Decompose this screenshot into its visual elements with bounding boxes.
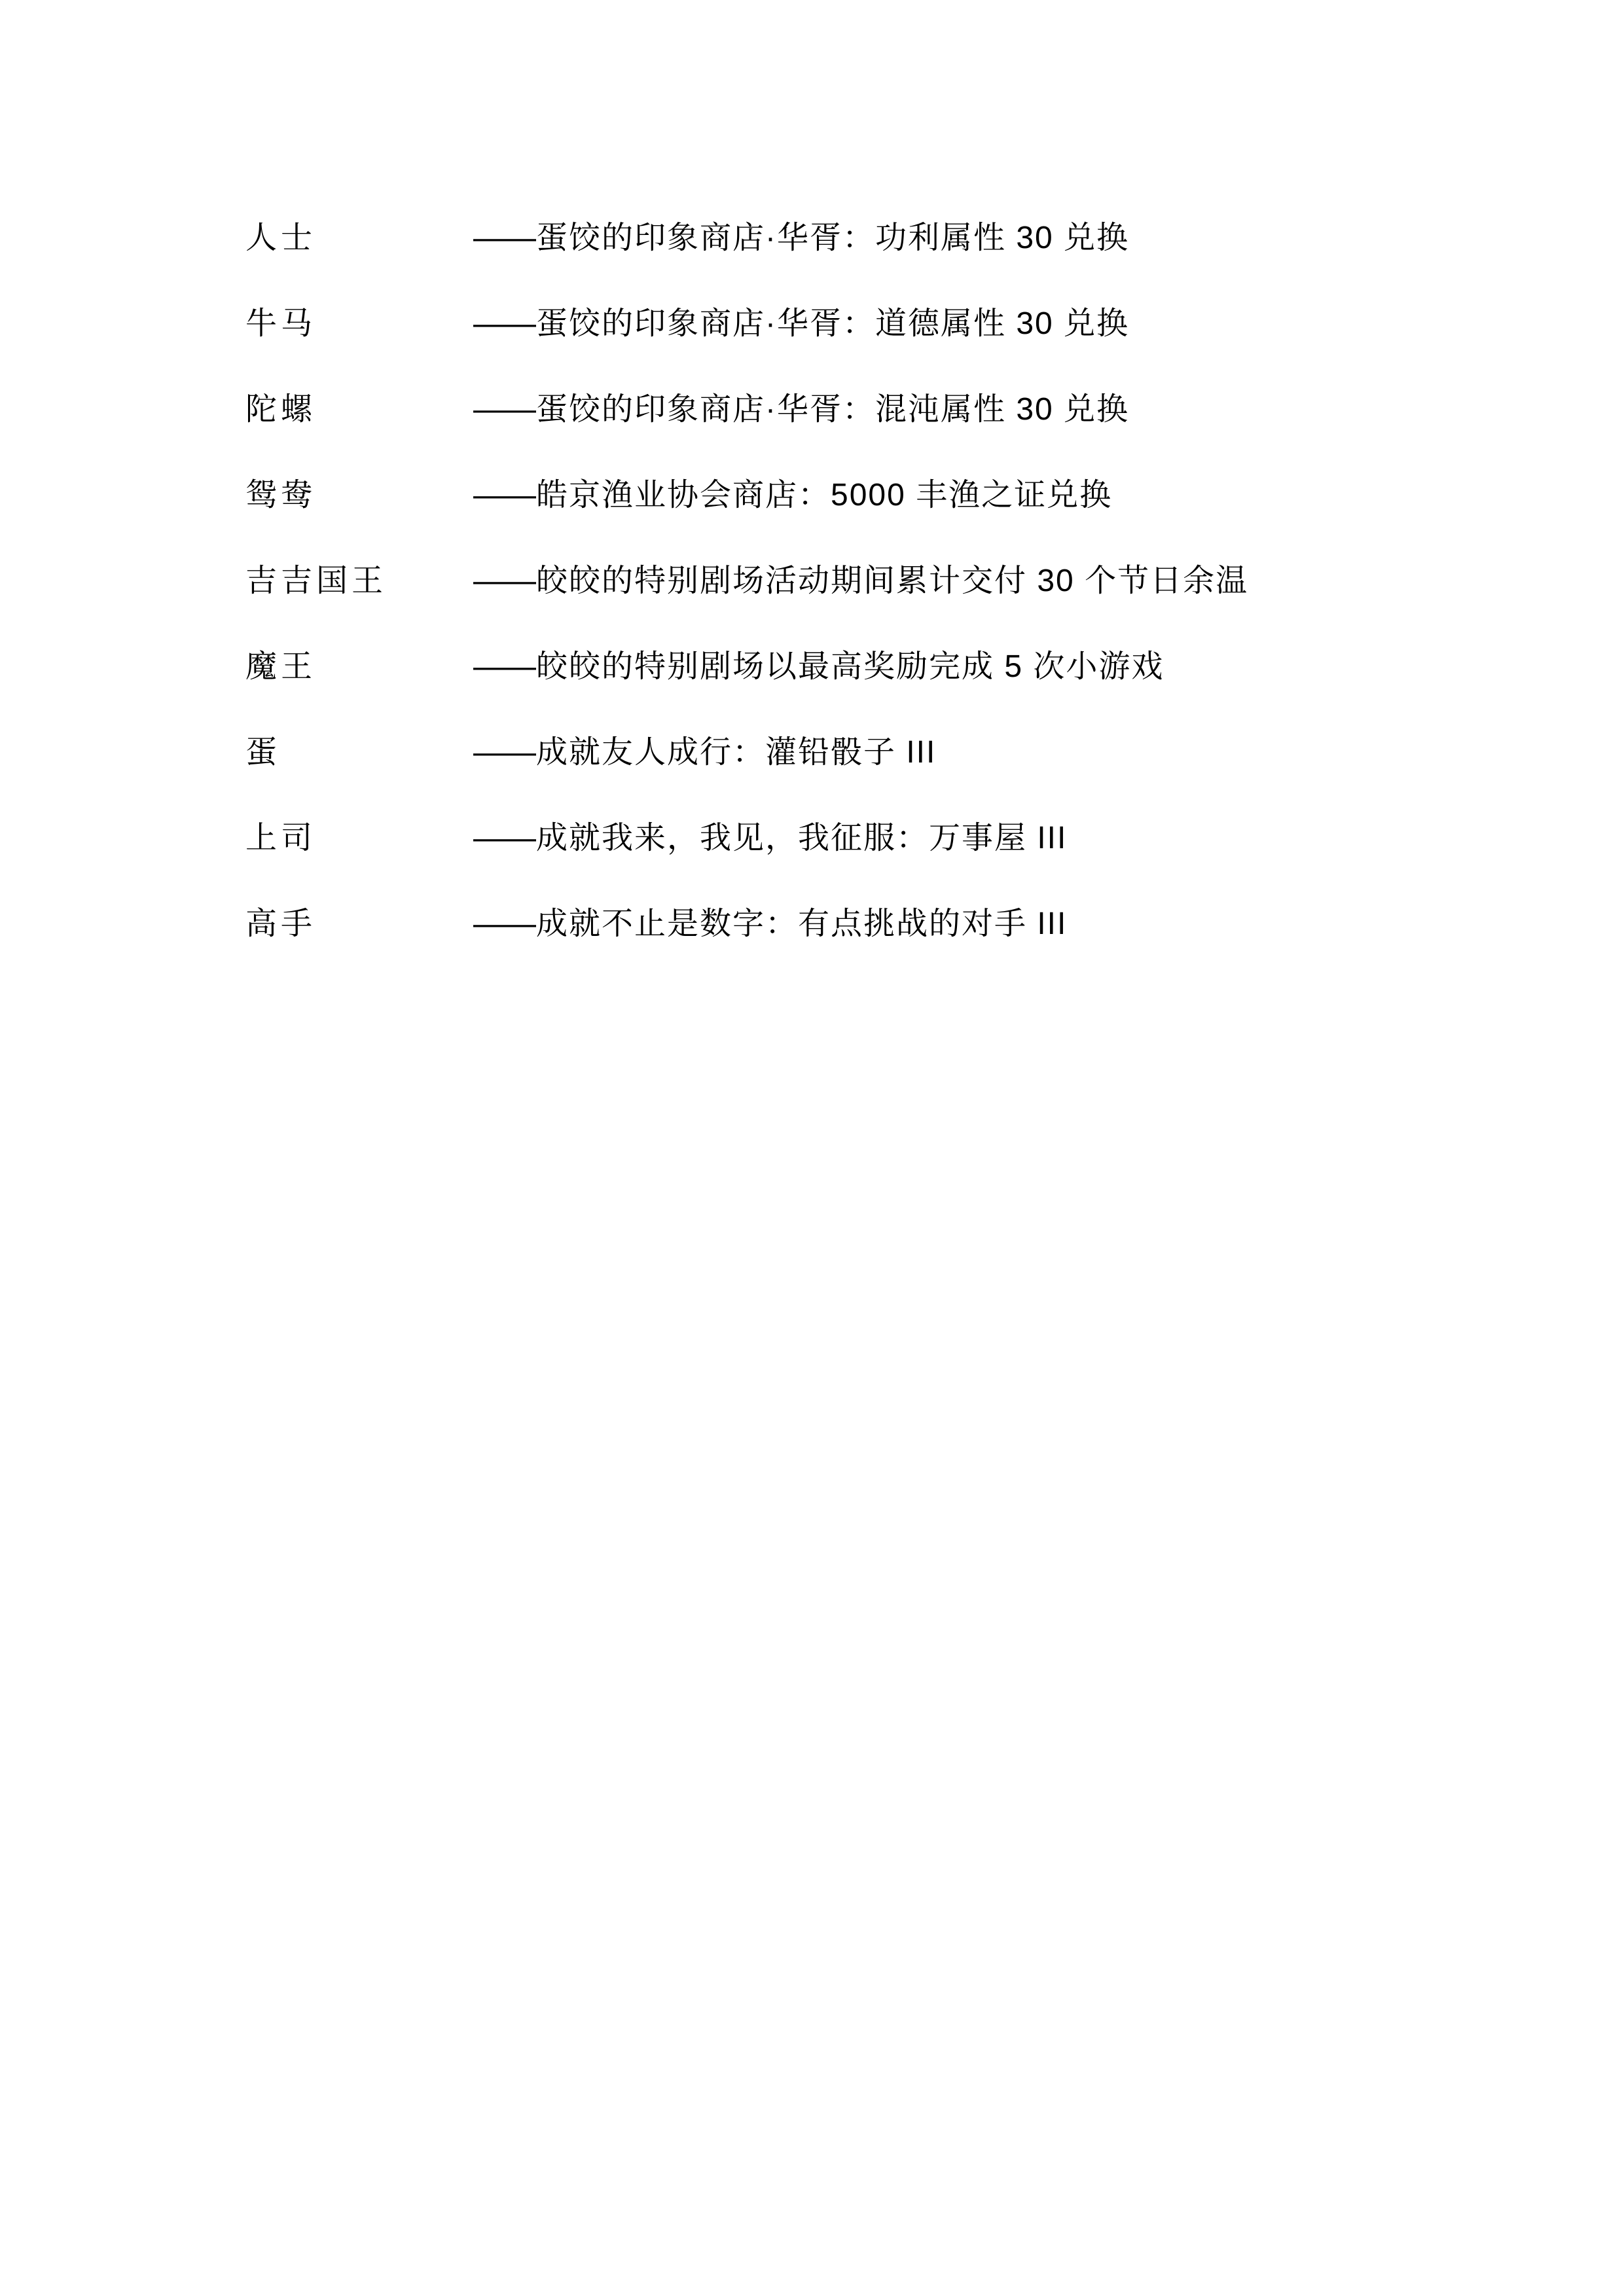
glossary-term: 人士 (245, 219, 473, 257)
definition-text: 皓京渔业协会商店：5000 丰渔之证兑换 (536, 478, 1112, 512)
dash-prefix: —— (473, 735, 536, 770)
glossary-list: 人士 ——蛋饺的印象商店·华胥：功利属性 30 兑换 牛马 ——蛋饺的印象商店·… (245, 195, 1624, 967)
glossary-row: 魔王 ——皎皎的特别剧场以最高奖励完成 5 次小游戏 (245, 624, 1624, 709)
glossary-row: 陀螺 ——蛋饺的印象商店·华胥：混沌属性 30 兑换 (245, 367, 1624, 452)
definition-text: 蛋饺的印象商店·华胥：混沌属性 30 兑换 (536, 392, 1129, 427)
glossary-definition: ——蛋饺的印象商店·华胥：功利属性 30 兑换 (473, 219, 1129, 257)
dash-prefix: —— (473, 392, 536, 427)
document-page: 人士 ——蛋饺的印象商店·华胥：功利属性 30 兑换 牛马 ——蛋饺的印象商店·… (0, 0, 1624, 2296)
glossary-definition: ——皎皎的特别剧场活动期间累计交付 30 个节日余温 (473, 562, 1248, 600)
glossary-definition: ——成就我来，我见，我征服：万事屋 III (473, 819, 1067, 857)
glossary-term: 鸳鸯 (245, 476, 473, 514)
glossary-row: 上司 ——成就我来，我见，我征服：万事屋 III (245, 795, 1624, 881)
glossary-term: 魔王 (245, 648, 473, 686)
glossary-row: 鸳鸯 ——皓京渔业协会商店：5000 丰渔之证兑换 (245, 452, 1624, 538)
dash-prefix: —— (473, 906, 536, 941)
glossary-term: 上司 (245, 819, 473, 857)
definition-text: 蛋饺的印象商店·华胥：道德属性 30 兑换 (536, 306, 1129, 341)
glossary-row: 吉吉国王 ——皎皎的特别剧场活动期间累计交付 30 个节日余温 (245, 538, 1624, 624)
glossary-term: 高手 (245, 905, 473, 943)
glossary-definition: ——成就不止是数字：有点挑战的对手 III (473, 905, 1067, 943)
dash-prefix: —— (473, 306, 536, 341)
definition-text: 皎皎的特别剧场以最高奖励完成 5 次小游戏 (536, 649, 1164, 684)
glossary-definition: ——蛋饺的印象商店·华胥：混沌属性 30 兑换 (473, 391, 1129, 429)
definition-text: 皎皎的特别剧场活动期间累计交付 30 个节日余温 (536, 564, 1248, 598)
glossary-term: 陀螺 (245, 391, 473, 429)
glossary-definition: ——皓京渔业协会商店：5000 丰渔之证兑换 (473, 476, 1112, 514)
dash-prefix: —— (473, 221, 536, 255)
dash-prefix: —— (473, 478, 536, 512)
definition-text: 成就友人成行：灌铅骰子 III (536, 735, 936, 770)
glossary-definition: ——成就友人成行：灌铅骰子 III (473, 734, 936, 772)
dash-prefix: —— (473, 649, 536, 684)
glossary-row: 人士 ——蛋饺的印象商店·华胥：功利属性 30 兑换 (245, 195, 1624, 281)
glossary-term: 蛋 (245, 734, 473, 772)
glossary-definition: ——蛋饺的印象商店·华胥：道德属性 30 兑换 (473, 305, 1129, 343)
glossary-row: 牛马 ——蛋饺的印象商店·华胥：道德属性 30 兑换 (245, 281, 1624, 367)
glossary-row: 蛋 ——成就友人成行：灌铅骰子 III (245, 709, 1624, 795)
definition-text: 成就不止是数字：有点挑战的对手 III (536, 906, 1067, 941)
glossary-row: 高手 ——成就不止是数字：有点挑战的对手 III (245, 881, 1624, 967)
dash-prefix: —— (473, 564, 536, 598)
glossary-definition: ——皎皎的特别剧场以最高奖励完成 5 次小游戏 (473, 648, 1164, 686)
glossary-term: 吉吉国王 (245, 562, 473, 600)
dash-prefix: —— (473, 821, 536, 855)
glossary-term: 牛马 (245, 305, 473, 343)
definition-text: 成就我来，我见，我征服：万事屋 III (536, 821, 1067, 855)
definition-text: 蛋饺的印象商店·华胥：功利属性 30 兑换 (536, 221, 1129, 255)
